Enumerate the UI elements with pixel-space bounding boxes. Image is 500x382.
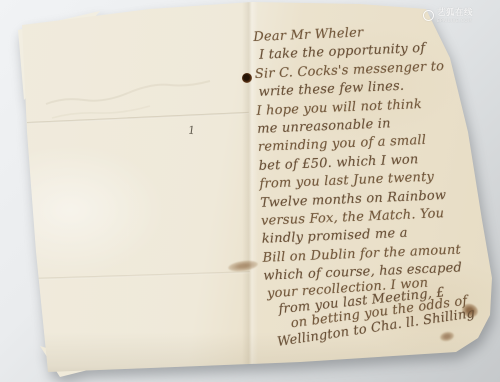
watermark-subtext: EPAILIVE.COM [437, 19, 473, 23]
page-mark: 1 [187, 124, 196, 138]
bleed-through-marks [42, 78, 217, 124]
watermark-text: 艺狐在线 [437, 9, 473, 18]
letter-paper: 1 Dear Mr Wheler I take the opportunity … [0, 0, 500, 382]
photo-background: 1 Dear Mr Wheler I take the opportunity … [0, 0, 500, 382]
horizontal-crease [32, 271, 250, 280]
letter-photo: 1 Dear Mr Wheler I take the opportunity … [0, 0, 500, 382]
letter-text: Dear Mr Wheler I take the opportunity of… [253, 19, 500, 360]
watermark: 艺狐在线 EPAILIVE.COM [423, 9, 473, 23]
ink-blot [242, 73, 252, 83]
watermark-logo-icon [423, 10, 434, 21]
